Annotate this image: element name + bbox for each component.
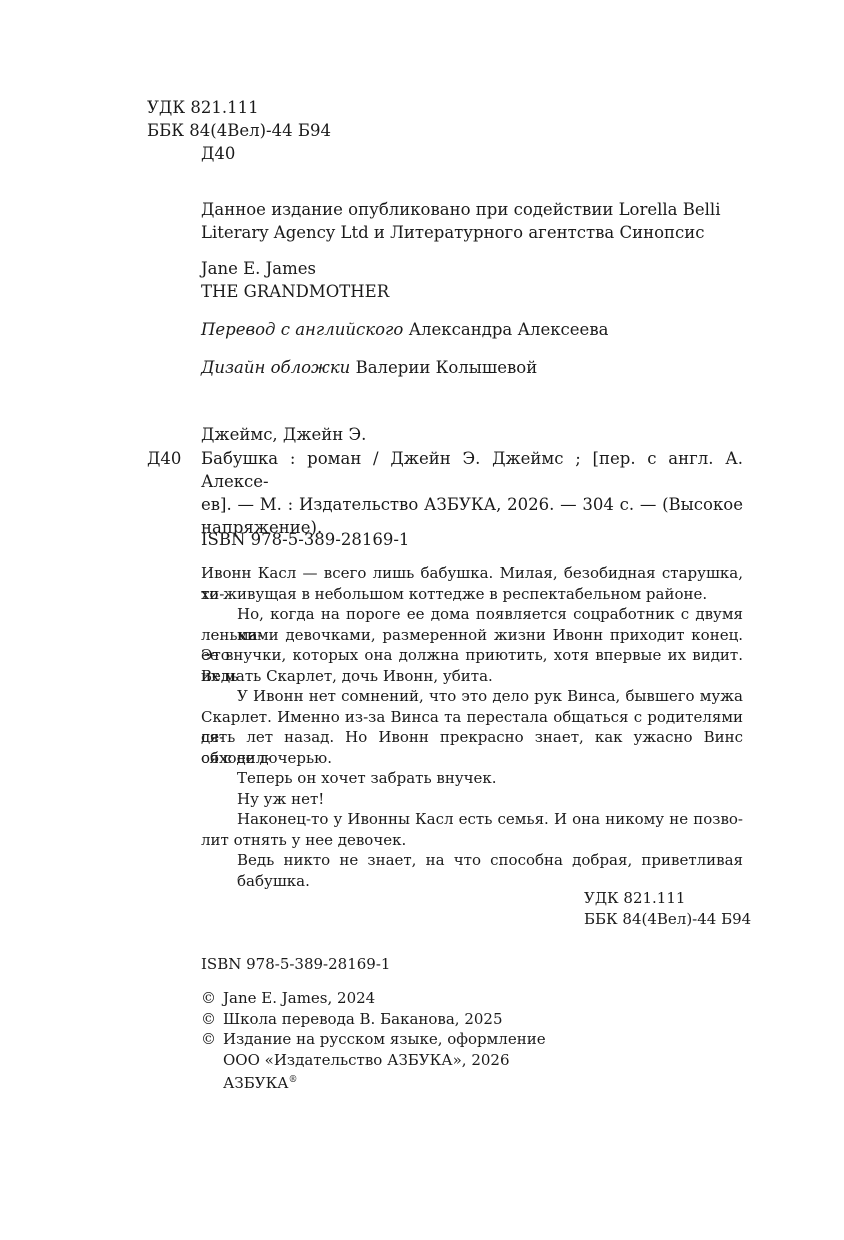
annotation-line: ся с ее дочерью. bbox=[201, 748, 743, 769]
original-title: THE GRANDMOTHER bbox=[201, 280, 389, 303]
agency-note-line: Данное издание опубликовано при содейств… bbox=[201, 198, 741, 221]
annotation-line: Но, когда на пороге ее дома появляется с… bbox=[201, 604, 743, 625]
agency-note-line: Literary Agency Ltd и Литературного аген… bbox=[201, 221, 741, 244]
annotation-line: хо живущая в небольшом коттедже в респек… bbox=[201, 584, 743, 605]
designer-label: Дизайн обложки bbox=[201, 358, 350, 377]
registered-mark: ® bbox=[289, 1075, 298, 1085]
annotation-line: У Ивонн нет сомнений, что это дело рук В… bbox=[201, 686, 743, 707]
copyright-symbol: © bbox=[201, 1029, 223, 1050]
copyright-text: Школа перевода В. Баканова, 2025 bbox=[223, 1009, 503, 1030]
annotation-line: Ивонн Касл — всего лишь бабушка. Милая, … bbox=[201, 563, 743, 584]
copyright-line: ©Jane E. James, 2024 bbox=[201, 988, 546, 1009]
annotation-line: сять лет назад. Но Ивонн прекрасно знает… bbox=[201, 727, 743, 748]
biblio-description: Бабушка : роман / Джейн Э. Джеймс ; [пер… bbox=[201, 447, 743, 539]
copyright-block: ©Jane E. James, 2024©Школа перевода В. Б… bbox=[201, 988, 546, 1094]
annotation-line: Скарлет. Именно из-за Винса та перестала… bbox=[201, 707, 743, 728]
original-edition: Jane E. James THE GRANDMOTHER bbox=[201, 257, 389, 303]
udk-bbk-footer: УДК 821.111 ББК 84(4Вел)-44 Б94 bbox=[584, 888, 751, 929]
udk-code: УДК 821.111 bbox=[147, 96, 331, 119]
copyright-symbol bbox=[201, 1050, 223, 1071]
original-author: Jane E. James bbox=[201, 257, 389, 280]
bbk-code: ББК 84(4Вел)-44 Б94 bbox=[584, 909, 751, 930]
biblio-line: Бабушка : роман / Джейн Э. Джеймс ; [пер… bbox=[201, 447, 743, 493]
udk-bbk-header: УДК 821.111 ББК 84(4Вел)-44 Б94 Д40 bbox=[147, 96, 331, 165]
copyright-line: ©Издание на русском языке, оформление bbox=[201, 1029, 546, 1050]
designer-name: Валерии Колышевой bbox=[356, 358, 538, 377]
biblio-line: ев]. — М. : Издательство АЗБУКА, 2026. —… bbox=[201, 493, 743, 516]
annotation-line: лит отнять у нее девочек. bbox=[201, 830, 743, 851]
isbn: ISBN 978-5-389-28169-1 bbox=[201, 954, 390, 975]
copyright-symbol: © bbox=[201, 1009, 223, 1030]
designer-credit: Дизайн обложки Валерии Колышевой bbox=[201, 356, 537, 379]
bbk-code: ББК 84(4Вел)-44 Б94 bbox=[147, 119, 331, 142]
copyright-line: ©Школа перевода В. Баканова, 2025 bbox=[201, 1009, 546, 1030]
annotation-line: Наконец-то у Ивонны Касл есть семья. И о… bbox=[201, 809, 743, 830]
annotation: Ивонн Касл — всего лишь бабушка. Милая, … bbox=[201, 563, 743, 871]
annotation-line: Ведь никто не знает, на что способна доб… bbox=[201, 850, 743, 871]
copyright-line: ООО «Издательство АЗБУКА», 2026 bbox=[201, 1050, 546, 1071]
publisher-trademark: АЗБУКА® bbox=[201, 1070, 546, 1094]
biblio-author-heading: Джеймс, Джейн Э. bbox=[201, 423, 366, 446]
copyright-symbol: © bbox=[201, 988, 223, 1009]
agency-note: Данное издание опубликовано при содейств… bbox=[201, 198, 741, 244]
author-mark: Д40 bbox=[147, 142, 331, 165]
annotation-line: ленькими девочками, размеренной жизни Ив… bbox=[201, 625, 743, 646]
annotation-line: их мать Скарлет, дочь Ивонн, убита. bbox=[201, 666, 743, 687]
translator-credit: Перевод с английского Александра Алексее… bbox=[201, 318, 608, 341]
translator-label: Перевод с английского bbox=[201, 320, 403, 339]
isbn: ISBN 978-5-389-28169-1 bbox=[201, 528, 409, 551]
biblio-code: Д40 bbox=[147, 447, 181, 470]
translator-name: Александра Алексеева bbox=[409, 320, 609, 339]
copyright-text: ООО «Издательство АЗБУКА», 2026 bbox=[223, 1050, 510, 1071]
copyright-text: Jane E. James, 2024 bbox=[223, 988, 375, 1009]
annotation-line: ее внучки, которых она должна приютить, … bbox=[201, 645, 743, 666]
udk-code: УДК 821.111 bbox=[584, 888, 751, 909]
annotation-line: Ну уж нет! bbox=[201, 789, 743, 810]
annotation-line: Теперь он хочет забрать внучек. bbox=[201, 768, 743, 789]
copyright-text: Издание на русском языке, оформление bbox=[223, 1029, 546, 1050]
